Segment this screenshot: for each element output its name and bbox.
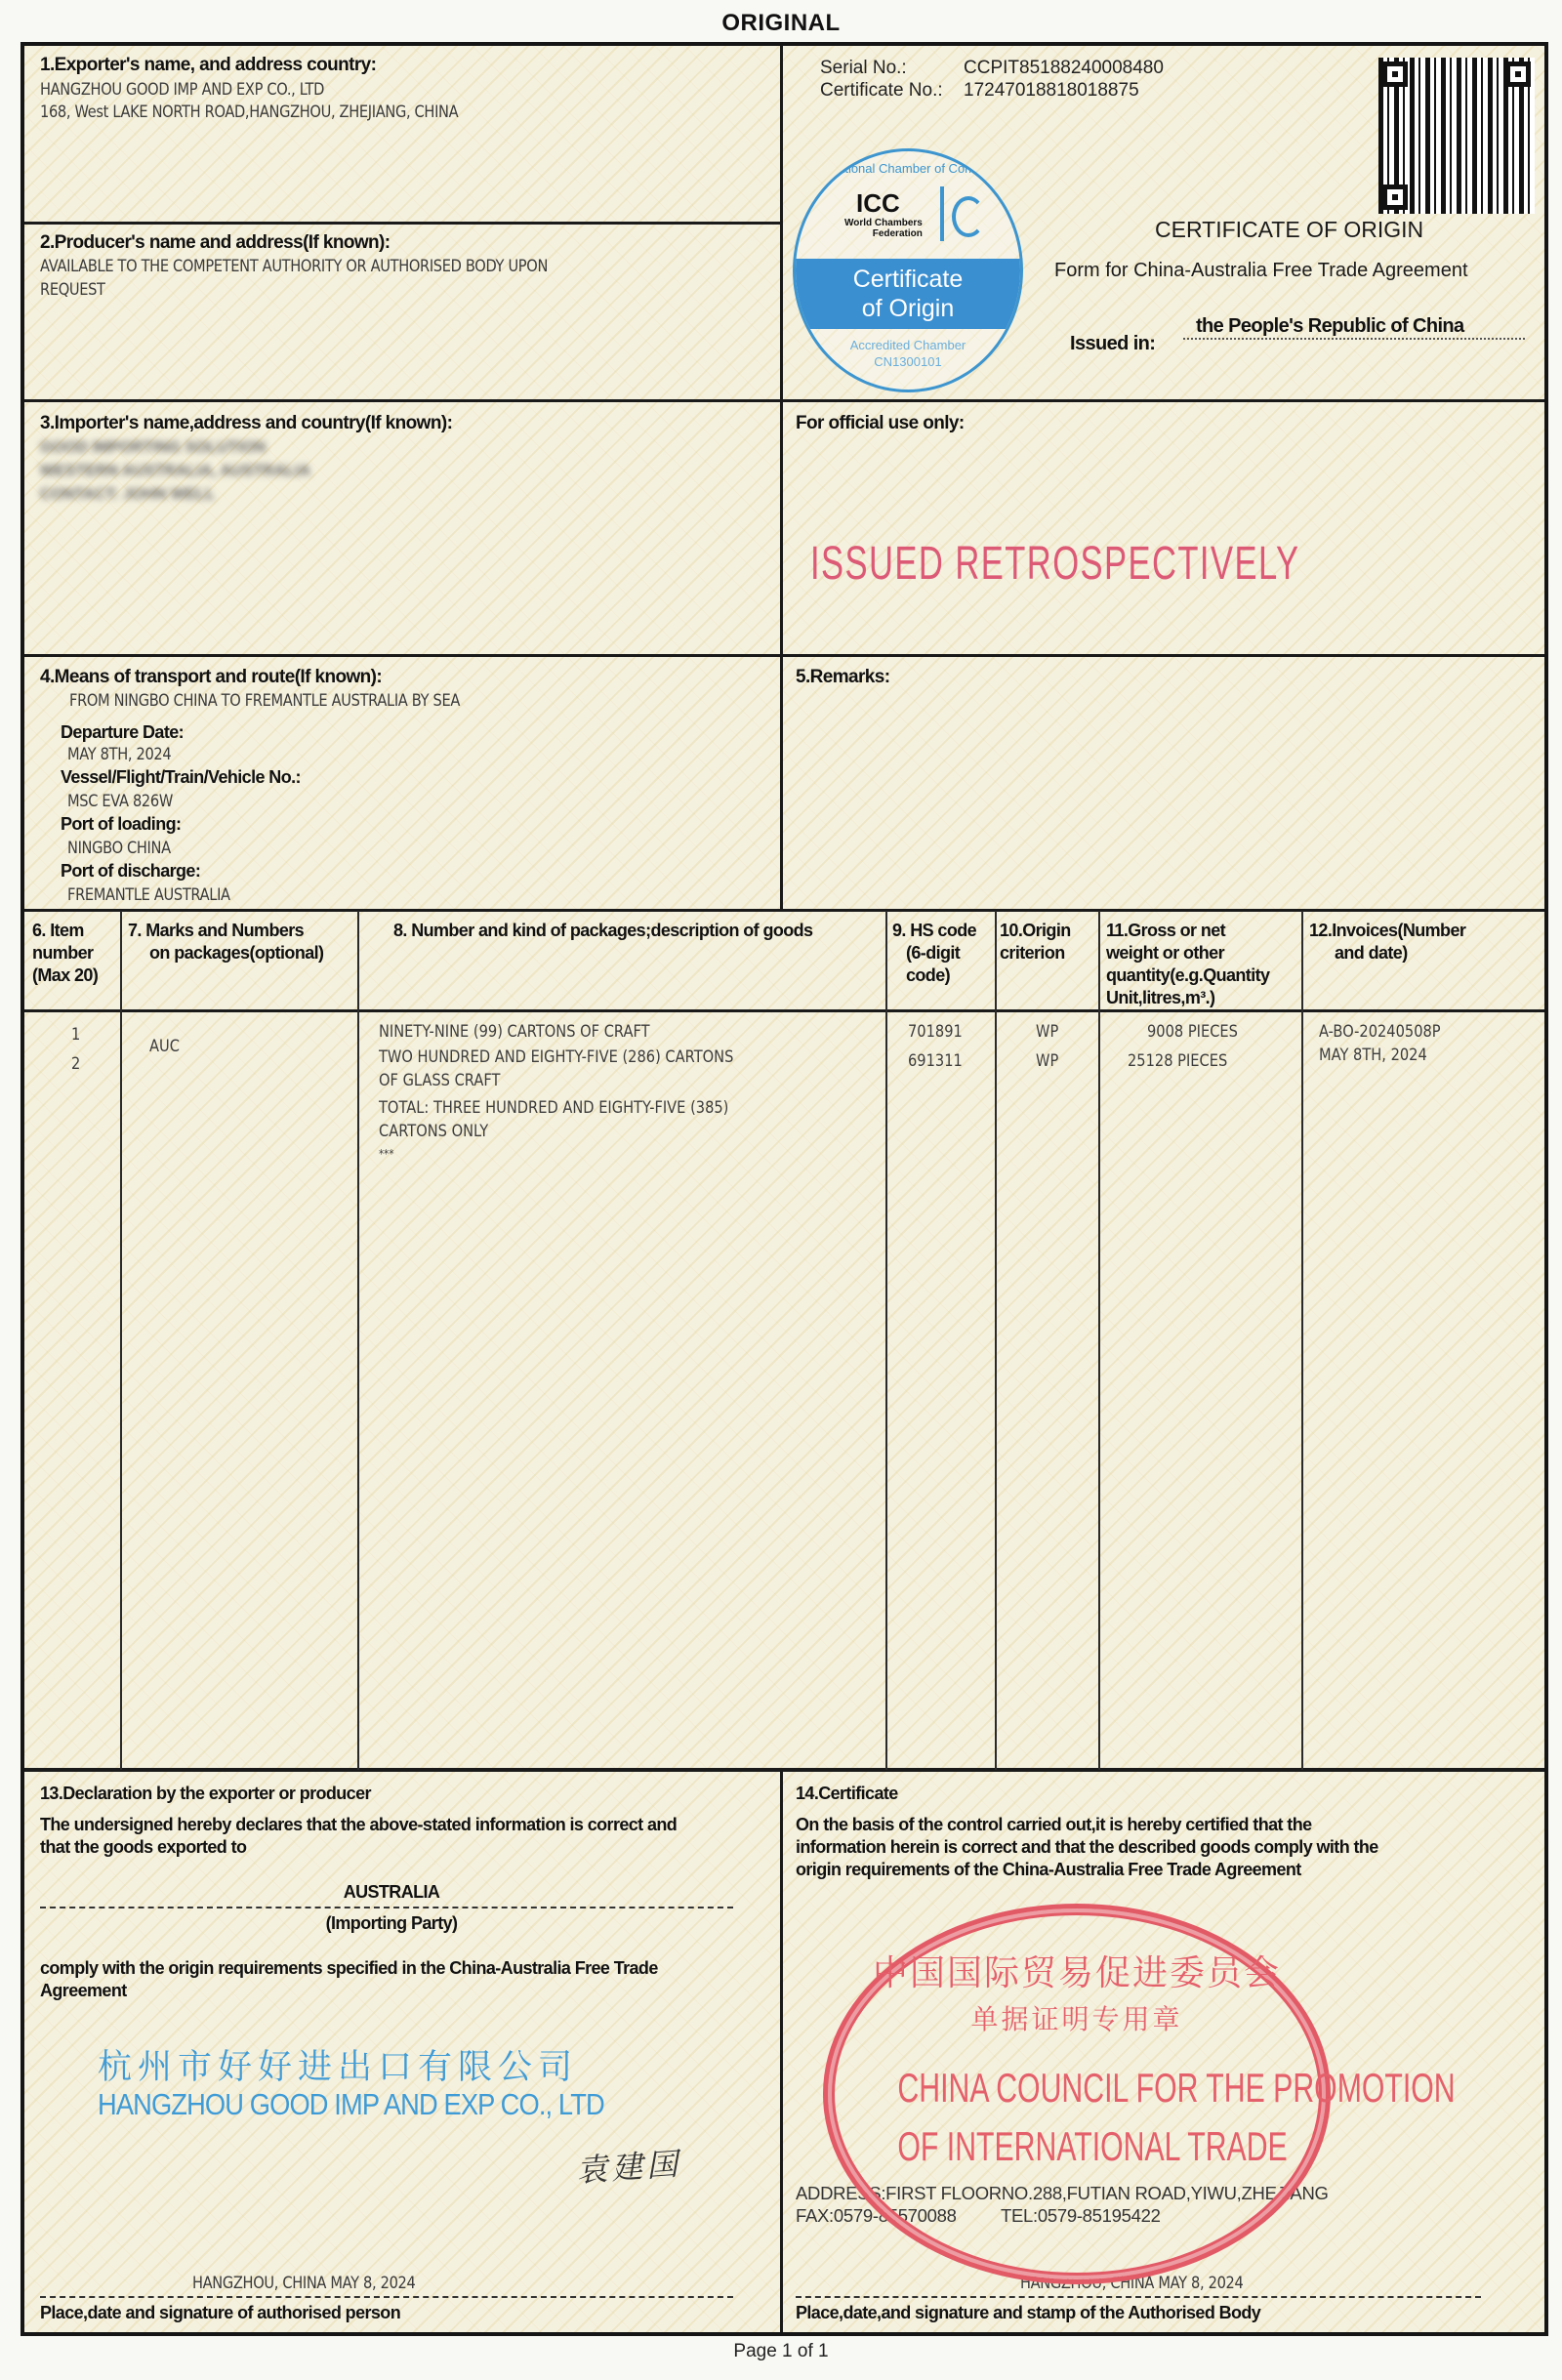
importing-country-line bbox=[40, 1907, 733, 1908]
declaration-text-2: comply with the origin requirements spec… bbox=[40, 1957, 658, 2002]
invoice-number: A-BO-20240508P bbox=[1319, 1019, 1441, 1045]
divider-table-bottom bbox=[24, 1768, 1544, 1772]
declaration-text-1: The undersigned hereby declares that the… bbox=[40, 1814, 677, 1859]
authorised-signature: 袁建国 bbox=[575, 2139, 683, 2191]
exporter-name: HANGZHOU GOOD IMP AND EXP CO., LTD bbox=[40, 78, 324, 102]
divider-table-header bbox=[24, 1009, 1544, 1012]
exporter-place-date: HANGZHOU, CHINA MAY 8, 2024 bbox=[192, 2272, 415, 2295]
col-divider-1 bbox=[120, 911, 122, 1770]
row-1-quantity: 9008 PIECES bbox=[1147, 1019, 1238, 1045]
row-2-origin: WP bbox=[1036, 1048, 1058, 1074]
icc-arcs-icon bbox=[940, 186, 983, 241]
company-stamp-chinese: 杭州市好好进出口有限公司 bbox=[98, 2040, 578, 2089]
row-2-description-line-2: OF GLASS CRAFT bbox=[379, 1068, 500, 1093]
invoice-date: MAY 8TH, 2024 bbox=[1319, 1043, 1427, 1068]
producer-line-2: REQUEST bbox=[40, 278, 105, 302]
importer-line-2-redacted: WESTERN AUSTRALIA, AUSTRALIA bbox=[40, 460, 310, 483]
row-2-item: 2 bbox=[71, 1051, 80, 1077]
col-divider-5 bbox=[1098, 911, 1100, 1770]
total-line-2: CARTONS ONLY bbox=[379, 1119, 488, 1144]
total-line-1: TOTAL: THREE HUNDRED AND EIGHTY-FIVE (38… bbox=[379, 1095, 728, 1121]
header-origin-criterion: 10.Origincriterion bbox=[1000, 920, 1071, 964]
authority-signature-line bbox=[796, 2296, 1481, 2298]
seal-english-line-2: OF INTERNATIONAL TRADE bbox=[897, 2123, 1255, 2170]
col-divider-3 bbox=[885, 911, 887, 1770]
issued-in-line bbox=[1183, 338, 1525, 340]
box5-label: 5.Remarks: bbox=[796, 666, 889, 689]
row-2-description-line-1: TWO HUNDRED AND EIGHTY-FIVE (286) CARTON… bbox=[379, 1045, 733, 1070]
serial-value: CCPIT85188240008480 bbox=[964, 57, 1164, 80]
ccpit-official-seal: 中国国际贸易促进委员会 单据证明专用章 CHINA COUNCIL FOR TH… bbox=[823, 1904, 1331, 2284]
company-stamp-english: HANGZHOU GOOD IMP AND EXP CO., LTD bbox=[98, 2087, 604, 2122]
box4-label: 4.Means of transport and route(If known)… bbox=[40, 666, 382, 689]
certification-text: On the basis of the control carried out,… bbox=[796, 1814, 1378, 1881]
row-1-hs-code: 701891 bbox=[908, 1019, 963, 1045]
row-2-quantity: 25128 PIECES bbox=[1128, 1048, 1227, 1074]
transport-route: FROM NINGBO CHINA TO FREMANTLE AUSTRALIA… bbox=[69, 689, 460, 713]
box2-label: 2.Producer's name and address(If known): bbox=[40, 231, 390, 255]
header-description: 8. Number and kind of packages;descripti… bbox=[393, 920, 812, 942]
authority-signature-caption: Place,date,and signature and stamp of th… bbox=[796, 2302, 1260, 2324]
icc-certificate-seal: International Chamber of Commerce ICC Wo… bbox=[793, 148, 1023, 392]
icc-logo: ICC bbox=[856, 188, 900, 219]
page-indicator: Page 1 of 1 bbox=[0, 2341, 1562, 2362]
header-item-number: 6. Itemnumber(Max 20) bbox=[32, 920, 98, 987]
box1-label: 1.Exporter's name, and address country: bbox=[40, 54, 376, 77]
row-2-hs-code: 691311 bbox=[908, 1048, 963, 1074]
box13-label: 13.Declaration by the exporter or produc… bbox=[40, 1783, 371, 1805]
departure-date-value: MAY 8TH, 2024 bbox=[67, 743, 171, 766]
certificate-no-value: 17247018818018875 bbox=[964, 79, 1139, 103]
icc-logo-subtitle: World Chambers Federation bbox=[844, 218, 923, 239]
marks-value: AUC bbox=[149, 1034, 180, 1059]
header-marks: 7. Marks and Numberson packages(optional… bbox=[128, 920, 323, 964]
port-of-loading-label: Port of loading: bbox=[61, 813, 181, 835]
divider-box3-box4 bbox=[24, 654, 1544, 657]
center-divider-top bbox=[780, 46, 783, 911]
serial-label: Serial No.: bbox=[820, 57, 907, 80]
center-divider-bottom bbox=[780, 1770, 783, 2336]
port-of-loading-value: NINGBO CHINA bbox=[67, 837, 171, 860]
seal-english-line-1: CHINA COUNCIL FOR THE PROMOTION bbox=[897, 2065, 1255, 2112]
divider-header-official bbox=[24, 399, 1544, 402]
icc-ring-text: International Chamber of Commerce bbox=[796, 161, 1020, 176]
certificate-title: CERTIFICATE OF ORIGIN bbox=[1155, 217, 1423, 243]
divider-box1-box2 bbox=[24, 222, 782, 225]
exporter-address: 168, West LAKE NORTH ROAD,HANGZHOU, ZHEJ… bbox=[40, 101, 458, 124]
issued-in-label: Issued in: bbox=[1070, 332, 1155, 355]
certificate-no-label: Certificate No.: bbox=[820, 79, 943, 103]
header-invoices: 12.Invoices(Numberand date) bbox=[1309, 920, 1465, 964]
issued-in-value: the People's Republic of China bbox=[1196, 314, 1464, 338]
exporter-signature-line bbox=[40, 2296, 733, 2298]
certificate-form: Form for China-Australia Free Trade Agre… bbox=[1054, 260, 1468, 282]
importing-country: AUSTRALIA bbox=[40, 1881, 743, 1904]
port-of-discharge-label: Port of discharge: bbox=[61, 860, 200, 882]
icc-band: Certificate of Origin bbox=[796, 259, 1020, 329]
header-hs-code: 9. HS code(6-digitcode) bbox=[892, 920, 976, 987]
importer-line-1-redacted: GOOD IMPORTING SOLUTION bbox=[40, 436, 266, 460]
divider-table-top bbox=[24, 909, 1544, 912]
col-divider-2 bbox=[357, 911, 359, 1770]
box3-label: 3.Importer's name,address and country(If… bbox=[40, 412, 452, 435]
qr-code bbox=[1378, 58, 1535, 214]
port-of-discharge-value: FREMANTLE AUSTRALIA bbox=[67, 883, 230, 907]
official-use-label: For official use only: bbox=[796, 412, 965, 435]
producer-line-1: AVAILABLE TO THE COMPETENT AUTHORITY OR … bbox=[40, 255, 548, 278]
box14-label: 14.Certificate bbox=[796, 1783, 898, 1805]
vessel-value: MSC EVA 826W bbox=[67, 790, 173, 813]
icc-accreditation: Accredited Chamber CN1300101 bbox=[796, 337, 1020, 370]
col-divider-4 bbox=[995, 911, 997, 1770]
row-1-origin: WP bbox=[1036, 1019, 1058, 1045]
col-divider-6 bbox=[1301, 911, 1303, 1770]
total-terminator: *** bbox=[379, 1141, 393, 1167]
exporter-signature-caption: Place,date and signature of authorised p… bbox=[40, 2302, 400, 2324]
importing-party-caption: (Importing Party) bbox=[40, 1912, 743, 1935]
header-quantity: 11.Gross or netweight or otherquantity(e… bbox=[1106, 920, 1269, 1009]
vessel-label: Vessel/Flight/Train/Vehicle No.: bbox=[61, 766, 301, 788]
seal-chinese-title: 中国国际贸易促进委员会 bbox=[828, 1946, 1326, 1995]
importer-line-3-redacted: CONTACT: JOHN WELL bbox=[40, 483, 215, 507]
issued-retrospectively-stamp: ISSUED RETROSPECTIVELY bbox=[810, 537, 1300, 591]
row-1-item: 1 bbox=[71, 1022, 80, 1047]
row-1-description: NINETY-NINE (99) CARTONS OF CRAFT bbox=[379, 1019, 650, 1045]
departure-date-label: Departure Date: bbox=[61, 721, 184, 743]
seal-chinese-subtitle: 单据证明专用章 bbox=[828, 1998, 1326, 2037]
document-title: ORIGINAL bbox=[0, 10, 1562, 37]
